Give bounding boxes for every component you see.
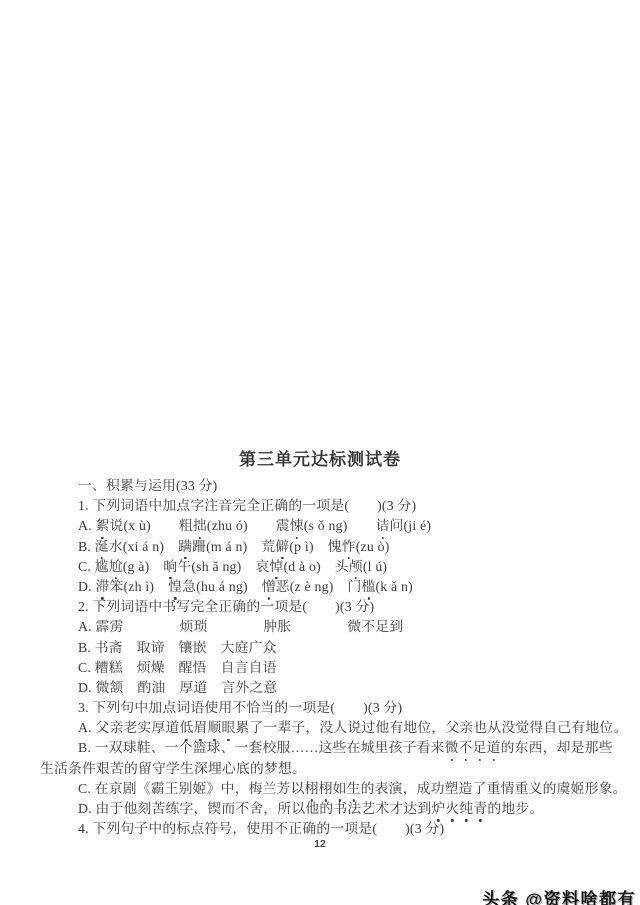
page-title: 第三单元达标测试卷 [0,445,640,470]
emphasized-char: 颅 [349,557,363,577]
emphasized-char: 栩 [319,779,333,799]
text-segment: C. 糟糕 烦燥 醒悟 自言自语 [78,660,277,675]
text-line: D. 微颔 酌油 厚道 言外之意 [40,678,638,698]
text-segment: 水(xi á n) [109,539,178,554]
text-segment: 的东西，却是那些 [501,740,613,755]
text-line: D. 滞笨(zh ì) 惶急(hu á ng) 憎恶(z è ng) 门槛(k … [40,577,638,597]
text-segment: 午(sh ǎ ng) 哀 [177,559,269,574]
emphasized-char: 火 [445,799,459,819]
text-line: A. 絮说(x ù) 粗拙(zhu ó) 震悚(s ǒ ng) 诘问(ji é) [40,516,638,536]
text-line: A. 霹雳 烦琐 肿胀 微不足到 [40,617,638,637]
text-segment: A. [78,518,95,533]
emphasized-char: 栩 [305,779,319,799]
text-line: B. 书斋 取谛 镶嵌 大庭广众 [40,638,638,658]
text-segment: (p ì) 愧 [289,539,341,554]
emphasized-char: 槛 [362,577,376,597]
text-line: D. 由于他刻苦练字，锲而不舍，所以他的书法艺术才达到炉火纯青的地步。 [40,799,638,819]
emphasized-char: 如 [333,779,347,799]
text-segment: 的地步。 [487,801,543,816]
emphasized-char: 不 [459,738,473,758]
emphasized-char: 低 [179,718,193,738]
text-segment: C. 尴 [78,559,109,574]
text-segment: 一、积累与运用(33 分) [78,478,217,493]
emphasized-char: 拙 [193,516,207,536]
emphasized-char: 道 [487,738,501,758]
text-segment: 的表演，成功塑造了重情重义的虞姬形象。 [361,781,627,796]
emphasized-char: 滞 [95,577,109,597]
emphasized-char: 生 [347,779,361,799]
emphasized-char: 憎 [262,577,276,597]
emphasized-char: 悼 [269,557,283,577]
text-segment: (s ǒ ng) [304,518,376,533]
text-segment: D. [78,579,95,594]
emphasized-char: 青 [473,799,487,819]
text-segment: B. 书斋 取谛 镶嵌 大庭广众 [78,640,277,655]
text-segment: 3. 下列句中加点词语使用不恰当的一项是( )(3 分) [78,700,402,715]
text-line: 1. 下列词语中加点字注音完全正确的一项是( )(3 分) [40,496,638,516]
text-segment: (l ú) [363,559,387,574]
emphasized-char: 微 [445,738,459,758]
text-segment: 问(ji é) [390,518,432,533]
emphasized-char: 蹒 [178,537,192,557]
text-line: C. 糟糕 烦燥 醒悟 自言自语 [40,658,638,678]
text-segment: (zu ò) [356,539,390,554]
emphasized-char: 涎 [95,537,109,557]
page-number: 12 [0,838,640,850]
text-line: A. 父亲老实厚道低眉顺眼累了一辈子，没人说过他有地位，父亲也从没觉得自己有地位… [40,718,638,738]
text-segment: 恶(z è ng) 门 [276,579,362,594]
text-segment: (g à) [123,559,164,574]
text-segment: 笨(zh ì) [109,579,168,594]
text-line: C. 在京剧《霸王别姬》中，梅兰芳以栩栩如生的表演，成功塑造了重情重义的虞姬形象… [40,779,638,799]
text-segment: (zhu ó) 震 [207,518,290,533]
text-line: 3. 下列句中加点词语使用不恰当的一项是( )(3 分) [40,698,638,718]
text-segment: B. [78,539,95,554]
emphasized-char: 眉 [193,718,207,738]
text-line: B. 一双球鞋、一个篮球、一套校服……这些在城里孩子看来微不足道的东西，却是那些 [40,738,638,758]
text-segment: A. 父亲老实厚道 [78,720,179,735]
emphasized-char: 絮 [95,516,109,536]
text-segment: 急(hu á ng) [182,579,262,594]
text-line: 生活条件艰苦的留守学生深埋心底的梦想。 [40,759,638,779]
text-segment: 跚(m á n) 荒 [192,539,275,554]
emphasized-char: 眼 [221,718,235,738]
text-segment: B. 一双球鞋、一个篮球、一套校服……这些在城里孩子看来 [78,740,445,755]
text-segment: 4. 下列句子中的标点符号，使用不正确的一项是( )(3 分) [78,821,444,836]
text-line: B. 涎水(xi á n) 蹒跚(m á n) 荒僻(p ì) 愧怍(zu ò) [40,537,638,557]
text-line: 4. 下列句子中的标点符号，使用不正确的一项是( )(3 分) [40,819,638,839]
document-lines: 一、积累与运用(33 分)1. 下列词语中加点字注音完全正确的一项是( )(3 … [40,476,638,839]
emphasized-char: 僻 [275,537,289,557]
text-segment: 1. 下列词语中加点字注音完全正确的一项是( )(3 分) [78,498,416,513]
emphasized-char: 纯 [459,799,473,819]
emphasized-char: 足 [473,738,487,758]
text-segment: 2. 下列词语中书写完全正确的一项是( )(3 分) [78,599,374,614]
text-segment: D. 由于他刻苦练字，锲而不舍，所以他的书法艺术才达到 [78,801,431,816]
text-segment: 说(x ù) 粗 [109,518,192,533]
text-segment: (k ǎ n) [376,579,413,594]
text-segment: D. 微颔 酌油 厚道 言外之意 [78,680,277,695]
emphasized-char: 悚 [290,516,304,536]
watermark: 头条 @资料啥都有 [482,885,636,905]
text-segment: (d à o) 头 [283,559,348,574]
test-paper-page: 第三单元达标测试卷 一、积累与运用(33 分)1. 下列词语中加点字注音完全正确… [0,0,640,905]
emphasized-char: 怍 [342,537,356,557]
text-line: 2. 下列词语中书写完全正确的一项是( )(3 分) [40,597,638,617]
emphasized-char: 顺 [207,718,221,738]
emphasized-char: 尬 [109,557,123,577]
text-segment: 生活条件艰苦的留守学生深埋心底的梦想。 [40,761,306,776]
text-line: C. 尴尬(g à) 晌午(sh ǎ ng) 哀悼(d à o) 头颅(l ú) [40,557,638,577]
text-line: 一、积累与运用(33 分) [40,476,638,496]
emphasized-char: 炉 [431,799,445,819]
text-segment: 累了一辈子，没人说过他有地位，父亲也从没觉得自己有地位。 [235,720,627,735]
text-segment: A. 霹雳 烦琐 肿胀 微不足到 [78,619,403,634]
emphasized-char: 晌 [163,557,177,577]
emphasized-char: 诘 [376,516,390,536]
text-segment: C. 在京剧《霸王别姬》中，梅兰芳以 [78,781,305,796]
emphasized-char: 惶 [168,577,182,597]
